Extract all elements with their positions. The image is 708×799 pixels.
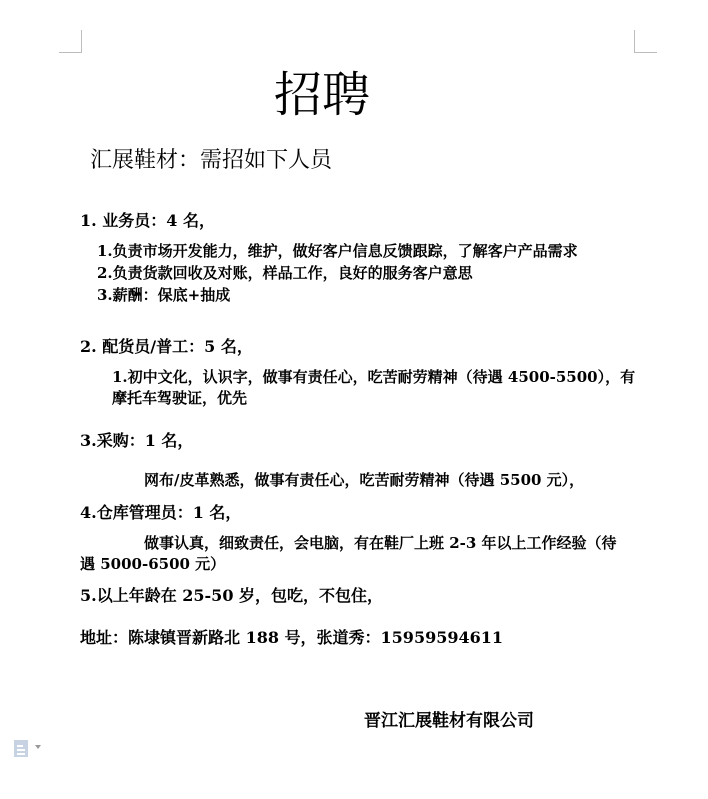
page-title: 招聘	[274, 56, 370, 125]
page-corner-mark-top-left	[59, 30, 82, 53]
subtitle: 汇展鞋材：需招如下人员	[90, 143, 332, 174]
section-1-line-1: 1.负责市场开发能力，维护，做好客户信息反馈跟踪，了解客户产品需求	[97, 240, 578, 261]
section-2-line-1: 1.初中文化，认识字，做事有责任心，吃苦耐劳精神（待遇 4500-5500），有	[112, 366, 635, 387]
chevron-down-icon[interactable]	[35, 745, 41, 749]
section-1-line-3: 3.薪酬：保底+抽成	[97, 284, 230, 305]
document-icon[interactable]	[14, 740, 28, 757]
section-4-heading: 4.仓库管理员：1 名，	[80, 500, 241, 523]
section-5-heading: 5.以上年龄在 25-50 岁，包吃，不包住，	[80, 583, 383, 606]
section-1-line-2: 2.负责货款回收及对账，样品工作，良好的服务客户意思	[97, 262, 473, 283]
section-2-heading: 2. 配货员/普工：5 名，	[80, 334, 253, 357]
address-line: 地址：陈埭镇晋新路北 188 号，张道秀：15959594611	[80, 625, 503, 648]
section-4-line-2: 遇 5000-6500 元）	[80, 553, 225, 574]
company-signature: 晋江汇展鞋材有限公司	[364, 706, 534, 731]
section-3-line-1: 网布/皮革熟悉，做事有责任心，吃苦耐劳精神（待遇 5500 元），	[144, 469, 584, 490]
section-1-heading: 1. 业务员：4 名，	[80, 208, 215, 231]
page-corner-mark-top-right	[634, 30, 657, 53]
section-4-line-1: 做事认真，细致责任，会电脑，有在鞋厂上班 2-3 年以上工作经验（待	[144, 532, 617, 553]
section-3-heading: 3.采购：1 名，	[80, 428, 193, 451]
section-2-line-2: 摩托车驾驶证，优先	[112, 387, 247, 408]
